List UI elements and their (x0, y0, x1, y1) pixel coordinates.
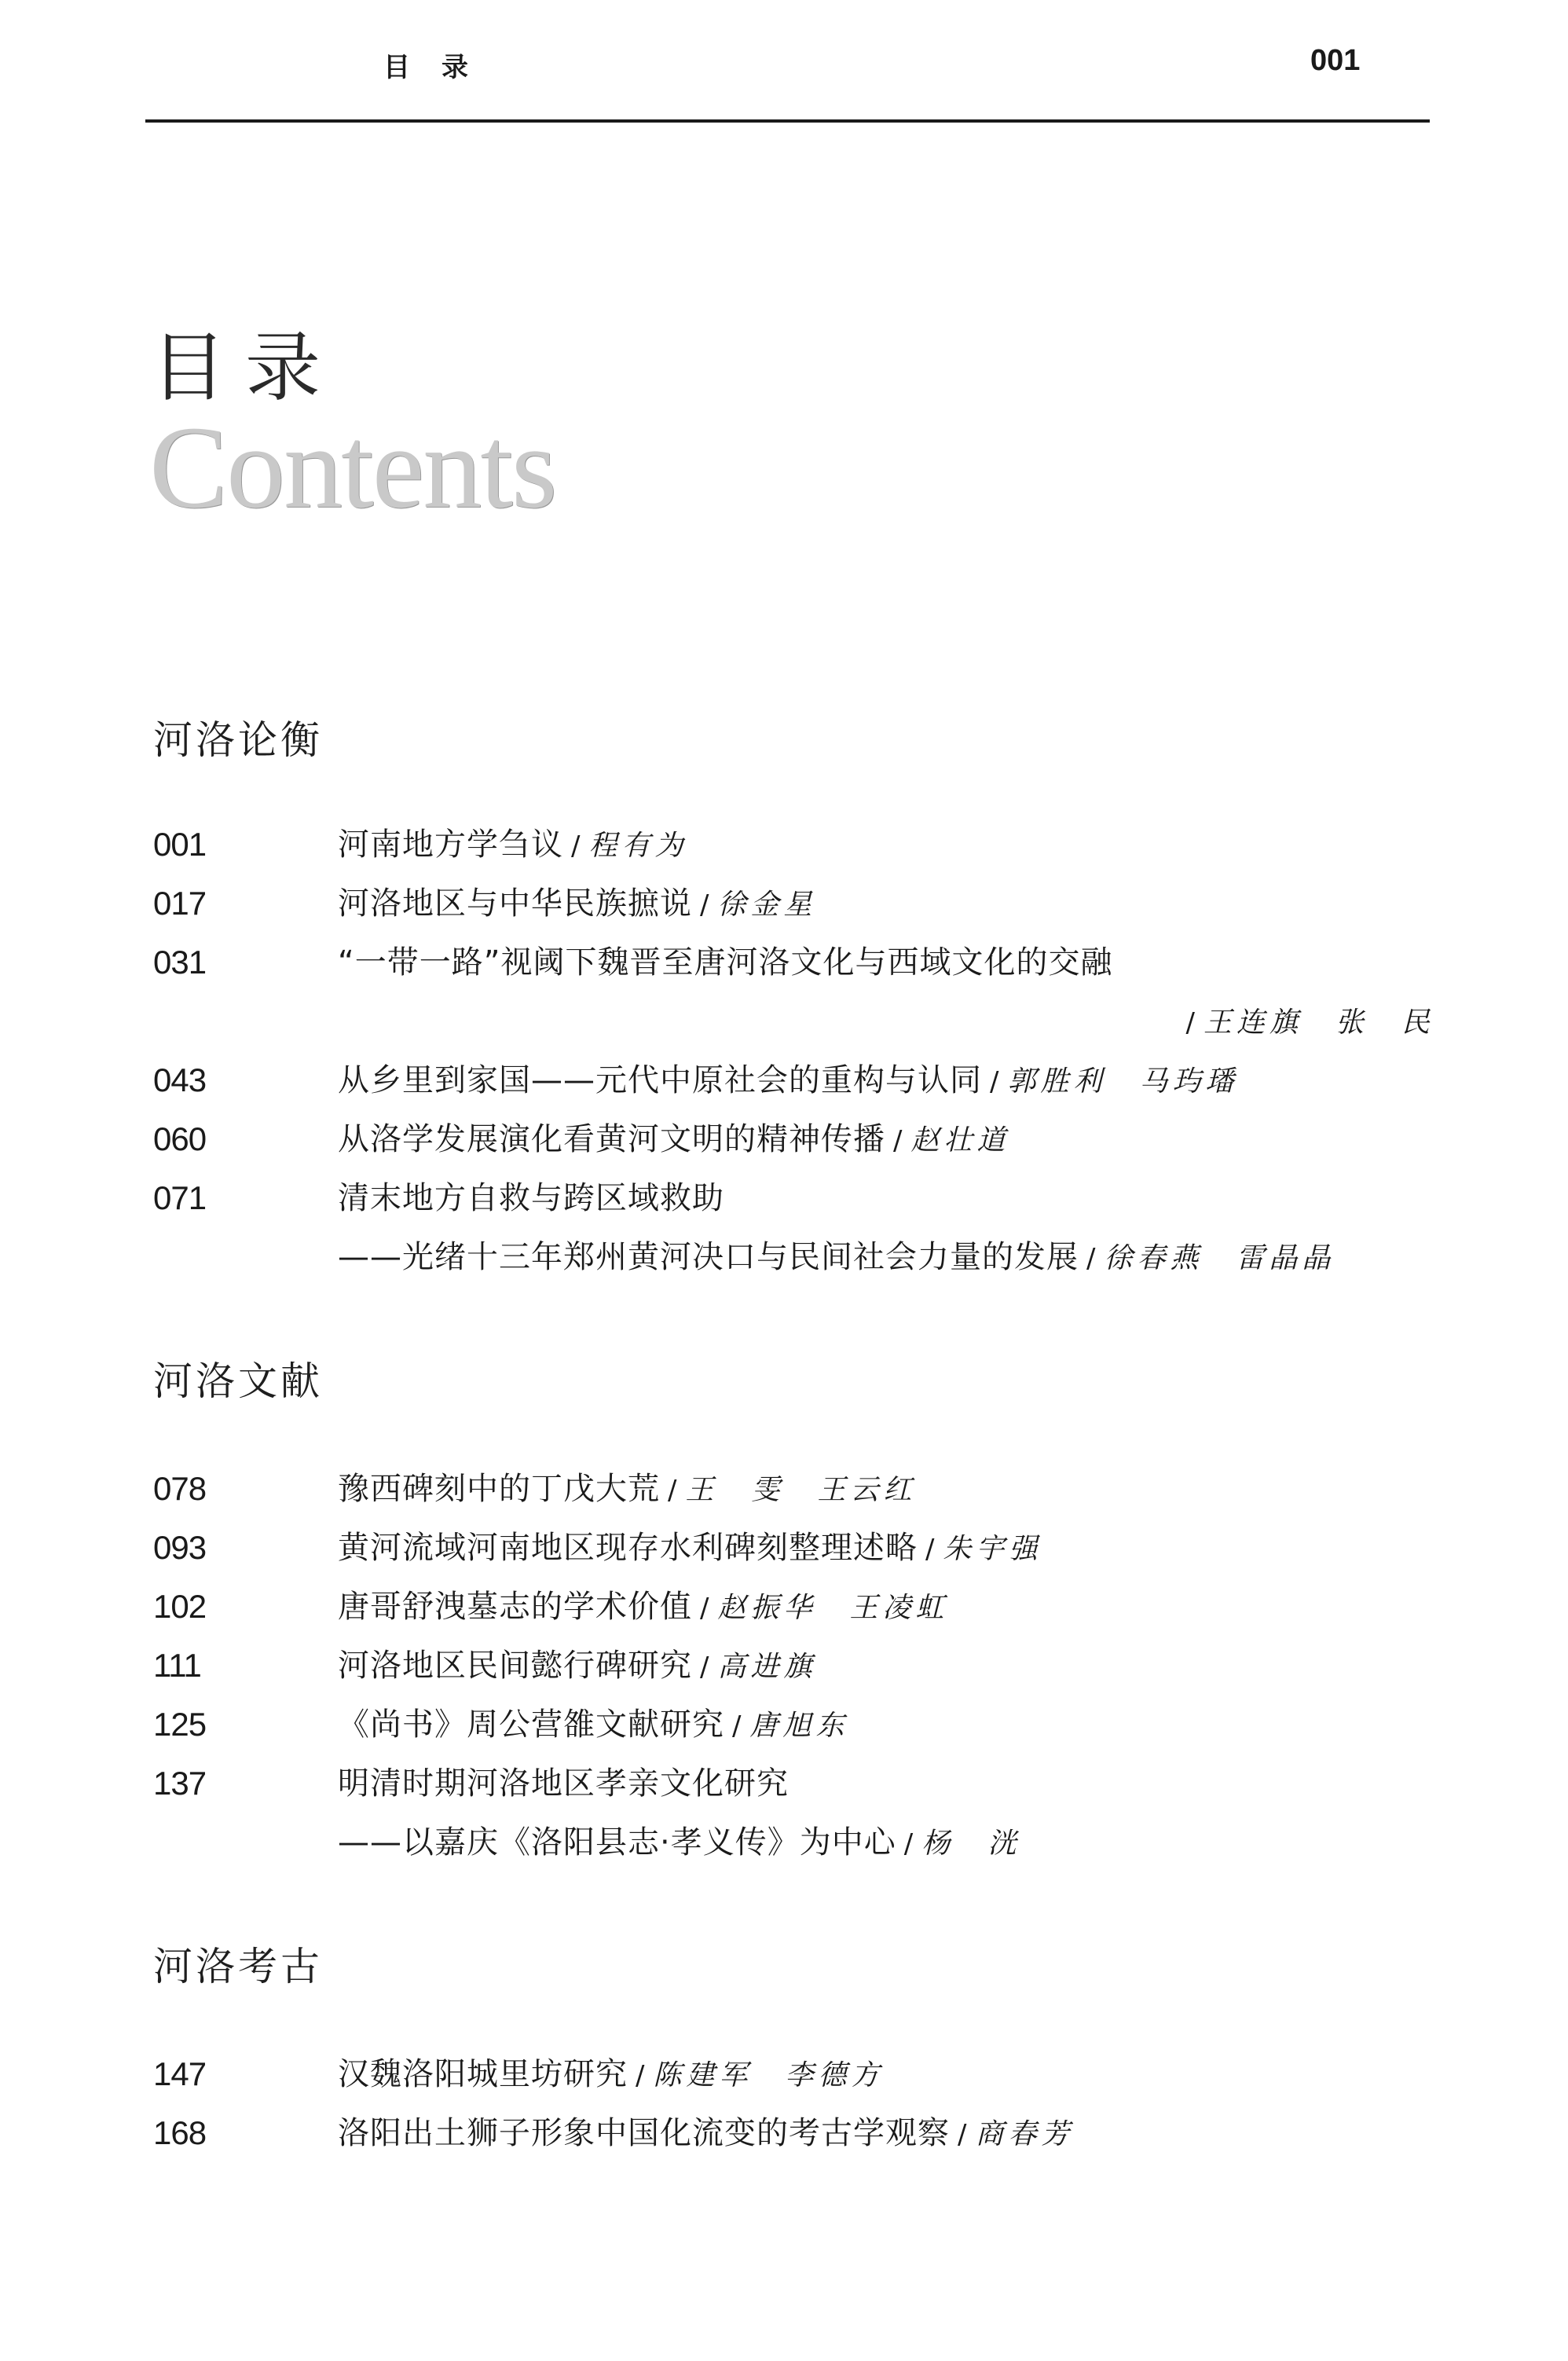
toc-title: 洛阳出土狮子形象中国化流变的考古学观察 (338, 2115, 950, 2151)
toc-title: 河洛地区民间懿行碑研究 (338, 1648, 692, 1684)
toc-title: 从乡里到家国——元代中原社会的重构与认同 (338, 1062, 982, 1098)
toc-entry[interactable]: 137 明清时期河洛地区孝亲文化研究 (0, 1760, 1568, 1807)
separator: / (692, 1593, 717, 1624)
toc-entry[interactable]: 125 《尚书》周公营雒文献研究/唐旭东 (0, 1701, 1568, 1748)
toc-entry[interactable]: 031 “一带一路”视阈下魏晋至唐河洛文化与西域文化的交融 (0, 939, 1568, 986)
toc-entry[interactable]: 017 河洛地区与中华民族摭说/徐金星 (0, 880, 1568, 927)
separator: / (918, 1534, 943, 1565)
separator: / (1178, 1007, 1203, 1039)
contents-heading-chinese: 目录 (151, 308, 339, 416)
toc-entry[interactable]: 060 从洛学发展演化看黄河文明的精神传播/赵壮道 (0, 1116, 1568, 1163)
separator: / (885, 1125, 910, 1157)
running-header-title: 目录 (383, 46, 500, 84)
separator: / (692, 1652, 717, 1683)
section-title: 河洛论衡 (153, 709, 323, 765)
separator: / (692, 889, 717, 921)
toc-entry[interactable]: 147 汉魏洛阳城里坊研究/陈建军 李德方 (0, 2051, 1568, 2098)
toc-author: 杨 洸 (921, 1828, 1020, 1860)
separator: / (563, 830, 588, 862)
toc-entry[interactable]: 093 黄河流域河南地区现存水利碑刻整理述略/朱宇强 (0, 1524, 1568, 1571)
toc-page-number: 137 (153, 1760, 206, 1807)
toc-page-number: 043 (153, 1057, 206, 1104)
toc-subtitle: ——光绪十三年郑州黄河决口与民间社会力量的发展 (338, 1239, 1079, 1275)
toc-page-number: 125 (153, 1701, 206, 1748)
toc-title: “一带一路”视阈下魏晋至唐河洛文化与西域文化的交融 (338, 944, 1112, 981)
toc-author: 程有为 (588, 830, 687, 862)
toc-page-number: 147 (153, 2051, 206, 2098)
toc-author: 王连旗 张 民 (1203, 1006, 1434, 1039)
running-header-page-number: 001 (1310, 44, 1360, 78)
toc-title: 河南地方学刍议 (338, 827, 563, 863)
separator: / (950, 2119, 975, 2150)
toc-title: 河洛地区与中华民族摭说 (338, 885, 692, 922)
toc-title: 豫西碑刻中的丁戊大荒 (338, 1471, 660, 1507)
toc-page-number: 102 (153, 1583, 206, 1630)
toc-title: 从洛学发展演化看黄河文明的精神传播 (338, 1121, 885, 1157)
toc-page-number: 078 (153, 1465, 206, 1512)
toc-page-number: 093 (153, 1524, 206, 1571)
toc-author: 唐旭东 (749, 1710, 848, 1742)
toc-author: 商春芳 (975, 2118, 1074, 2150)
separator: / (1079, 1243, 1104, 1274)
toc-entry[interactable]: 078 豫西碑刻中的丁戊大荒/王 雯 王云红 (0, 1465, 1568, 1512)
toc-page-number: 071 (153, 1175, 206, 1222)
separator: / (982, 1066, 1007, 1098)
toc-page-number: 017 (153, 880, 206, 927)
toc-author: 赵振华 王凌虹 (717, 1592, 948, 1624)
toc-entry[interactable]: 111 河洛地区民间懿行碑研究/高进旗 (0, 1642, 1568, 1689)
toc-title: 《尚书》周公营雒文献研究 (338, 1707, 724, 1743)
toc-title: 唐哥舒洩墓志的学术价值 (338, 1589, 692, 1625)
separator: / (628, 2060, 653, 2092)
toc-entry[interactable]: 102 唐哥舒洩墓志的学术价值/赵振华 王凌虹 (0, 1583, 1568, 1630)
contents-heading-english: Contents (149, 409, 555, 526)
toc-entry-subtitle-line: ——光绪十三年郑州黄河决口与民间社会力量的发展/徐春燕 雷晶晶 (0, 1234, 1568, 1281)
section-title: 河洛考古 (153, 1935, 323, 1992)
toc-author: 郭胜利 马玙璠 (1007, 1065, 1238, 1098)
header-rule (145, 119, 1430, 123)
toc-page-number: 168 (153, 2110, 206, 2157)
toc-author: 王 雯 王云红 (685, 1474, 916, 1506)
toc-title: 汉魏洛阳城里坊研究 (338, 2056, 628, 2092)
toc-author: 高进旗 (717, 1651, 816, 1683)
toc-entry[interactable]: 001 河南地方学刍议/程有为 (0, 821, 1568, 868)
toc-author: 朱宇强 (943, 1533, 1042, 1565)
toc-entry[interactable]: 071 清末地方自救与跨区域救助 (0, 1175, 1568, 1222)
toc-entry-author-line: /王连旗 张 民 (0, 998, 1568, 1045)
toc-entry[interactable]: 168 洛阳出土狮子形象中国化流变的考古学观察/商春芳 (0, 2110, 1568, 2157)
toc-page-number: 001 (153, 821, 206, 868)
toc-author: 赵壮道 (910, 1124, 1009, 1157)
toc-author: 徐金星 (717, 889, 816, 921)
toc-entry[interactable]: 043 从乡里到家国——元代中原社会的重构与认同/郭胜利 马玙璠 (0, 1057, 1568, 1104)
toc-author: 陈建军 李德方 (653, 2059, 884, 2092)
toc-page-number: 031 (153, 939, 206, 986)
separator: / (660, 1475, 685, 1506)
separator: / (724, 1710, 749, 1742)
toc-title: 黄河流域河南地区现存水利碑刻整理述略 (338, 1530, 918, 1566)
toc-title: 清末地方自救与跨区域救助 (338, 1180, 724, 1216)
section-title: 河洛文献 (153, 1350, 323, 1406)
toc-author: 徐春燕 雷晶晶 (1104, 1242, 1335, 1274)
toc-title: 明清时期河洛地区孝亲文化研究 (338, 1765, 789, 1802)
toc-entry-subtitle-line: ——以嘉庆《洛阳县志·孝义传》为中心/杨 洸 (0, 1819, 1568, 1866)
toc-page-number: 111 (153, 1642, 201, 1689)
toc-subtitle: ——以嘉庆《洛阳县志·孝义传》为中心 (338, 1824, 896, 1861)
separator: / (896, 1828, 921, 1860)
toc-page-number: 060 (153, 1116, 206, 1163)
